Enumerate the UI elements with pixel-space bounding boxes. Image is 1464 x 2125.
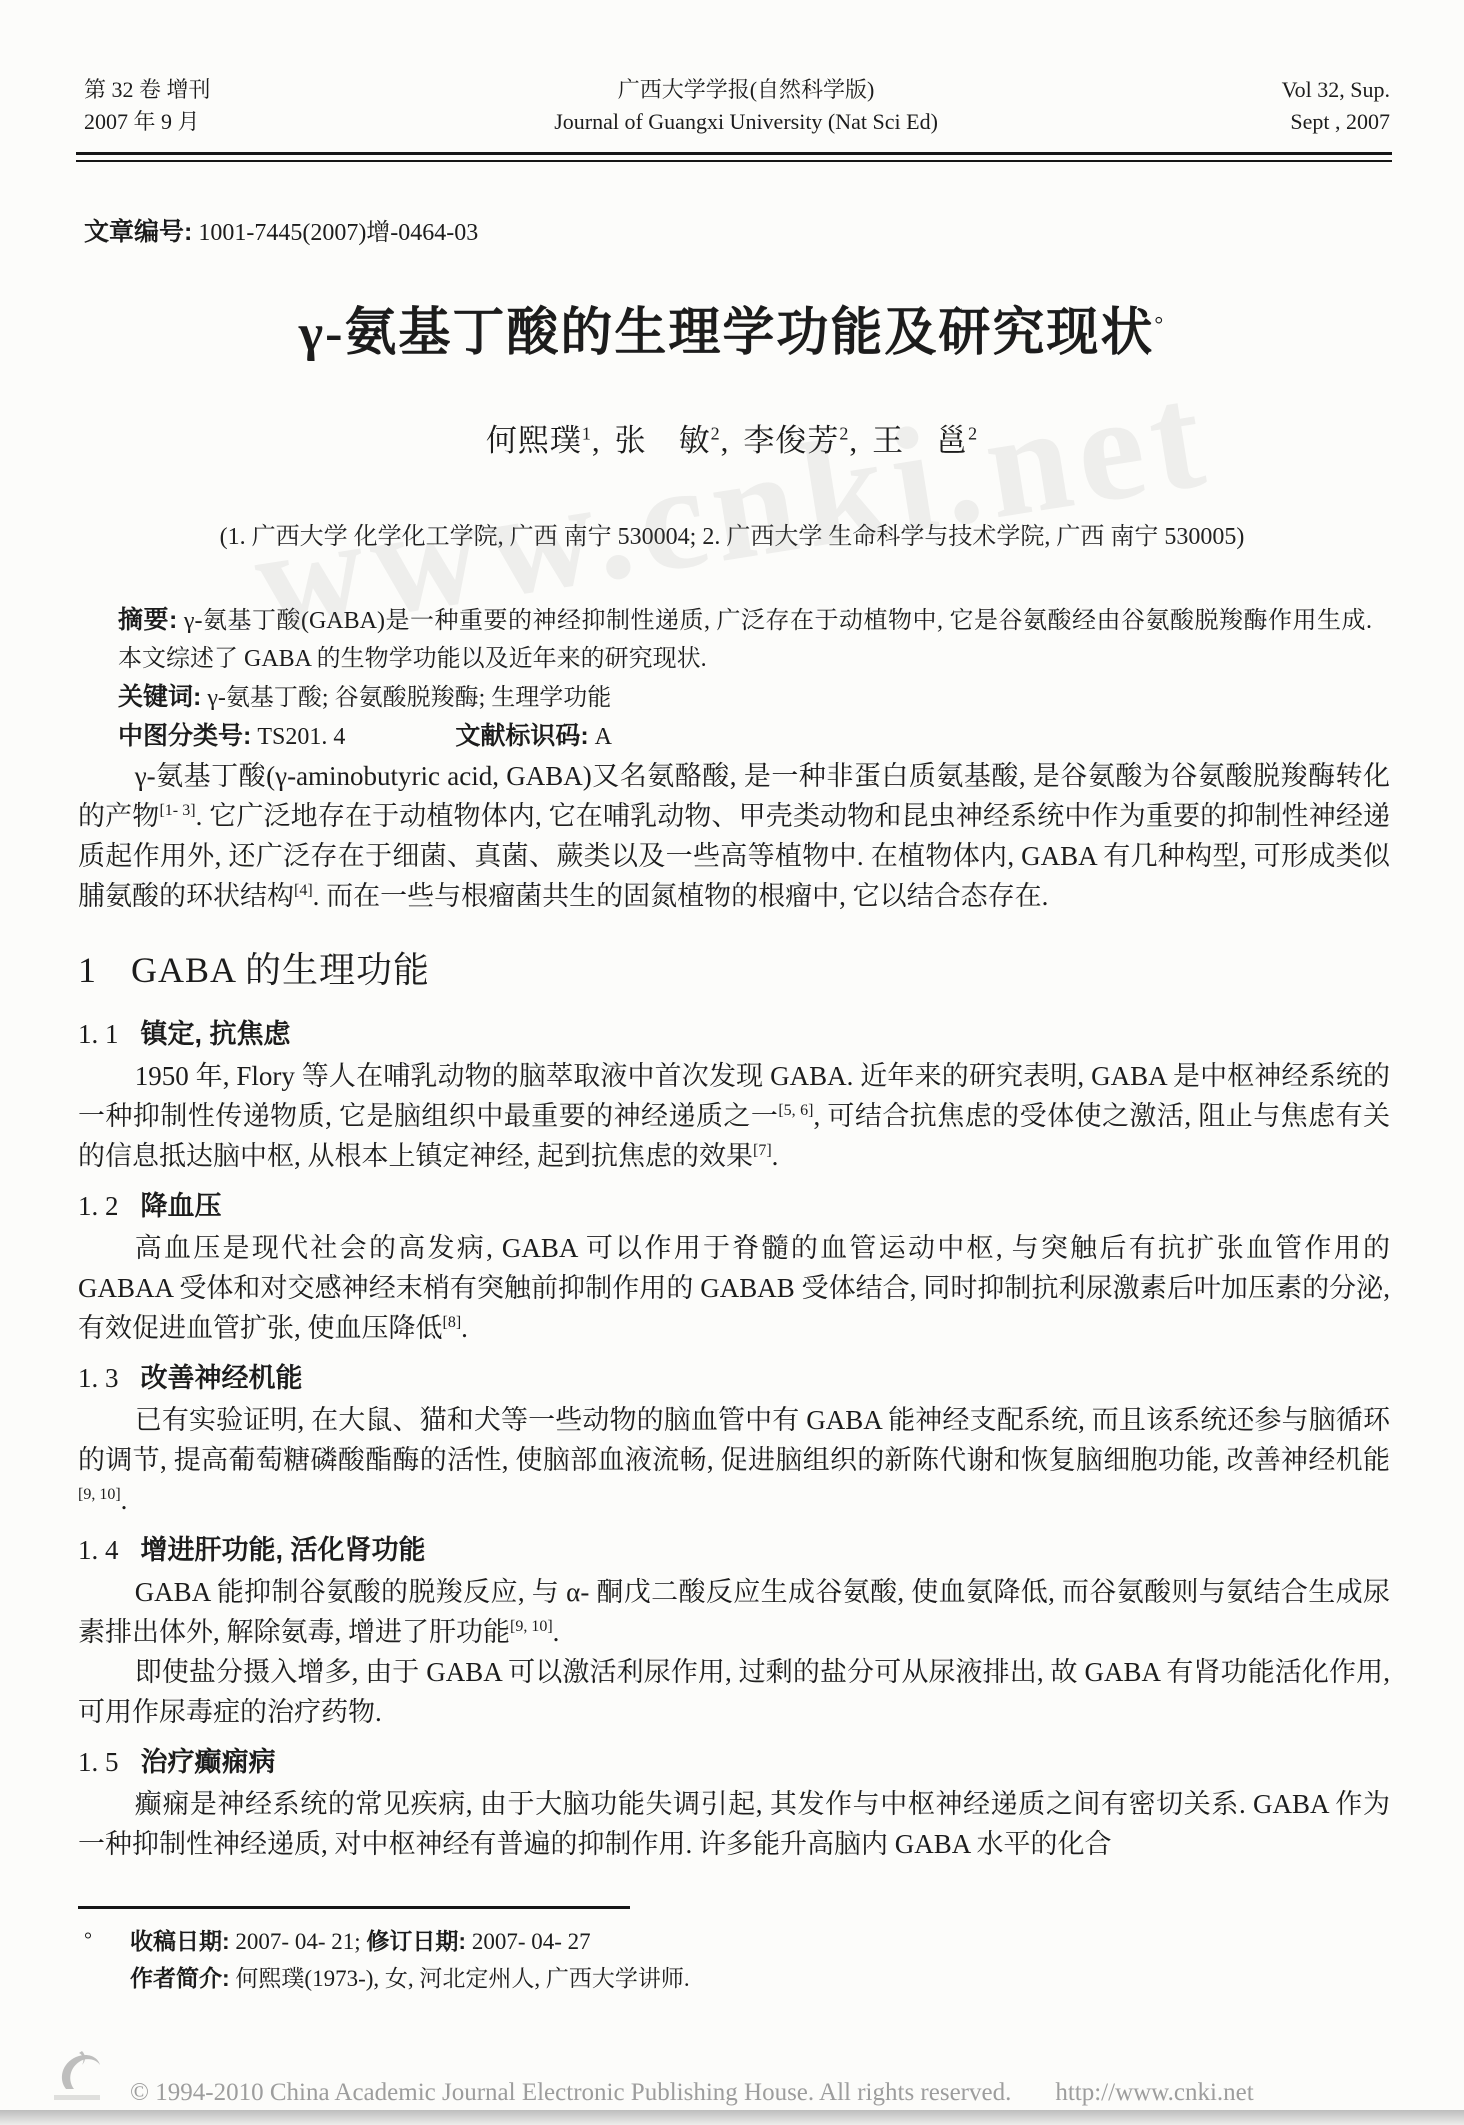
authors: 何熙璞1,张 敏2,李俊芳2,王 邕2 [0, 415, 1464, 460]
subsection-1-5-heading: 1. 5治疗癫痫病 [78, 1742, 1390, 1782]
journal-page: www.cnki.net 第 32 卷 增刊 2007 年 9 月 广西大学学报… [0, 0, 1464, 2125]
subsection-1-3-heading: 1. 3改善神经机能 [78, 1358, 1390, 1398]
subsection-1-4-title: 增进肝功能, 活化肾功能 [141, 1535, 426, 1565]
affiliation: (1. 广西大学 化学化工学院, 广西 南宁 530004; 2. 广西大学 生… [0, 516, 1464, 551]
body-text: γ-氨基丁酸(γ-aminobutyric acid, GABA)又名氨酪酸, … [78, 756, 1390, 1864]
footnote-mark: ° [84, 1922, 92, 1958]
doc-code-value: A [595, 724, 612, 750]
journal-name-cn: 广西大学学报(自然科学版) [554, 74, 938, 106]
revised-date-value: 2007- 04- 27 [472, 1929, 591, 1954]
vol-line-en: Vol 32, Sup. [1282, 74, 1390, 106]
received-date-value: 2007- 04- 21; [235, 1929, 360, 1954]
subsection-1-2-paragraph: 高血压是现代社会的高发病, GABA 可以作用于脊髓的血管运动中枢, 与突触后有… [78, 1228, 1390, 1348]
clc-label: 中图分类号: [118, 722, 251, 750]
article-number-value: 1001-7445(2007)增-0464-03 [198, 220, 478, 246]
author: 李俊芳2 [743, 423, 849, 458]
subsection-1-4-number: 1. 4 [78, 1535, 119, 1565]
abstract-text: γ-氨基丁酸(GABA)是一种重要的神经抑制性递质, 广泛存在于动植物中, 它是… [118, 608, 1372, 672]
subsection-1-4-paragraph-1: GABA 能抑制谷氨酸的脱羧反应, 与 α- 酮戊二酸反应生成谷氨酸, 使血氨降… [78, 1572, 1390, 1652]
journal-header: 第 32 卷 增刊 2007 年 9 月 广西大学学报(自然科学版) Journ… [0, 0, 1464, 138]
journal-name-en: Journal of Guangxi University (Nat Sci E… [554, 106, 938, 138]
subsection-1-2-number: 1. 2 [78, 1191, 119, 1221]
subsection-1-1-heading: 1. 1镇定, 抗焦虑 [78, 1014, 1390, 1054]
volume-line: 第 32 卷 增刊 [84, 74, 211, 106]
date-line-cn: 2007 年 9 月 [84, 106, 211, 138]
paper-title-text: γ-氨基丁酸的生理学功能及研究现状 [299, 305, 1155, 362]
header-volume: 第 32 卷 增刊 2007 年 9 月 [84, 74, 211, 138]
footnote-bio: 作者简介: 何熙璞(1973-), 女, 河北定州人, 广西大学讲师. [78, 1960, 1390, 1997]
subsection-1-1-number: 1. 1 [78, 1019, 119, 1049]
abstract-row: 摘要: γ-氨基丁酸(GABA)是一种重要的神经抑制性递质, 广泛存在于动植物中… [118, 601, 1372, 678]
author: 王 邕2 [872, 423, 978, 458]
footnote-dates: 收稿日期: 2007- 04- 21; 修订日期: 2007- 04- 27 [78, 1923, 1390, 1960]
subsection-1-3-number: 1. 3 [78, 1363, 119, 1393]
footnote-block: ° 收稿日期: 2007- 04- 21; 修订日期: 2007- 04- 27… [78, 1906, 1390, 1997]
keywords-text: γ-氨基丁酸; 谷氨酸脱羧酶; 生理学功能 [207, 685, 611, 711]
subsection-1-2-title: 降血压 [141, 1191, 222, 1221]
author-bio-value: 何熙璞(1973-), 女, 河北定州人, 广西大学讲师. [235, 1966, 689, 1991]
date-line-en: Sept , 2007 [1282, 106, 1390, 138]
abstract-block: 摘要: γ-氨基丁酸(GABA)是一种重要的神经抑制性递质, 广泛存在于动植物中… [118, 601, 1372, 756]
revised-date-label: 修订日期: [366, 1928, 466, 1954]
author: 何熙璞1 [486, 423, 592, 458]
paper-title-footnote-mark: ° [1154, 312, 1165, 337]
copyright-text: © 1994-2010 China Academic Journal Elect… [130, 2079, 1011, 2107]
header-vol-en: Vol 32, Sup. Sept , 2007 [1282, 74, 1390, 138]
subsection-1-1-title: 镇定, 抗焦虑 [141, 1019, 291, 1049]
subsection-1-5-paragraph: 癫痫是神经系统的常见疾病, 由于大脑功能失调引起, 其发作与中枢神经递质之间有密… [78, 1784, 1390, 1864]
author: 张 敏2 [615, 423, 721, 458]
keywords-row: 关键词: γ-氨基丁酸; 谷氨酸脱羧酶; 生理学功能 [118, 678, 1372, 717]
doc-code-label: 文献标识码: [455, 722, 588, 750]
subsection-1-4-paragraph-2: 即使盐分摄入增多, 由于 GABA 可以激活利尿作用, 过剩的盐分可从尿液排出,… [78, 1652, 1390, 1732]
subsection-1-5-number: 1. 5 [78, 1747, 119, 1777]
scan-edge-artifact [0, 2110, 1464, 2125]
clc-row: 中图分类号: TS201. 4文献标识码: A [118, 717, 1372, 756]
subsection-1-3-title: 改善神经机能 [141, 1363, 303, 1393]
article-number-row: 文章编号: 1001-7445(2007)增-0464-03 [84, 212, 1464, 248]
header-journal-name: 广西大学学报(自然科学版) Journal of Guangxi Univers… [554, 74, 938, 138]
intro-paragraph: γ-氨基丁酸(γ-aminobutyric acid, GABA)又名氨酪酸, … [78, 756, 1390, 916]
cnki-url: http://www.cnki.net [1055, 2079, 1253, 2107]
author-separator: , [721, 423, 744, 458]
received-date-label: 收稿日期: [130, 1928, 230, 1954]
abstract-label: 摘要: [118, 606, 177, 634]
subsection-1-5-title: 治疗癫痫病 [141, 1747, 276, 1777]
header-divider [76, 152, 1392, 162]
section-1-heading: 1GABA 的生理功能 [78, 950, 1390, 990]
copyright-footer: © 1994-2010 China Academic Journal Elect… [0, 2079, 1464, 2107]
subsection-1-3-paragraph: 已有实验证明, 在大鼠、猫和犬等一些动物的脑血管中有 GABA 能神经支配系统,… [78, 1400, 1390, 1520]
article-number-label: 文章编号: [84, 218, 192, 246]
clc-value: TS201. 4 [257, 724, 345, 750]
author-bio-label: 作者简介: [130, 1965, 230, 1991]
author-separator: , [592, 423, 615, 458]
subsection-1-2-heading: 1. 2降血压 [78, 1186, 1390, 1226]
section-1-title: GABA 的生理功能 [131, 950, 430, 990]
section-1-number: 1 [78, 950, 97, 990]
author-separator: , [849, 423, 872, 458]
subsection-1-4-heading: 1. 4增进肝功能, 活化肾功能 [78, 1530, 1390, 1570]
subsection-1-1-paragraph: 1950 年, Flory 等人在哺乳动物的脑萃取液中首次发现 GABA. 近年… [78, 1056, 1390, 1176]
paper-title: γ-氨基丁酸的生理学功能及研究现状° [0, 290, 1464, 365]
footnote-divider [78, 1906, 630, 1909]
keywords-label: 关键词: [118, 683, 201, 711]
